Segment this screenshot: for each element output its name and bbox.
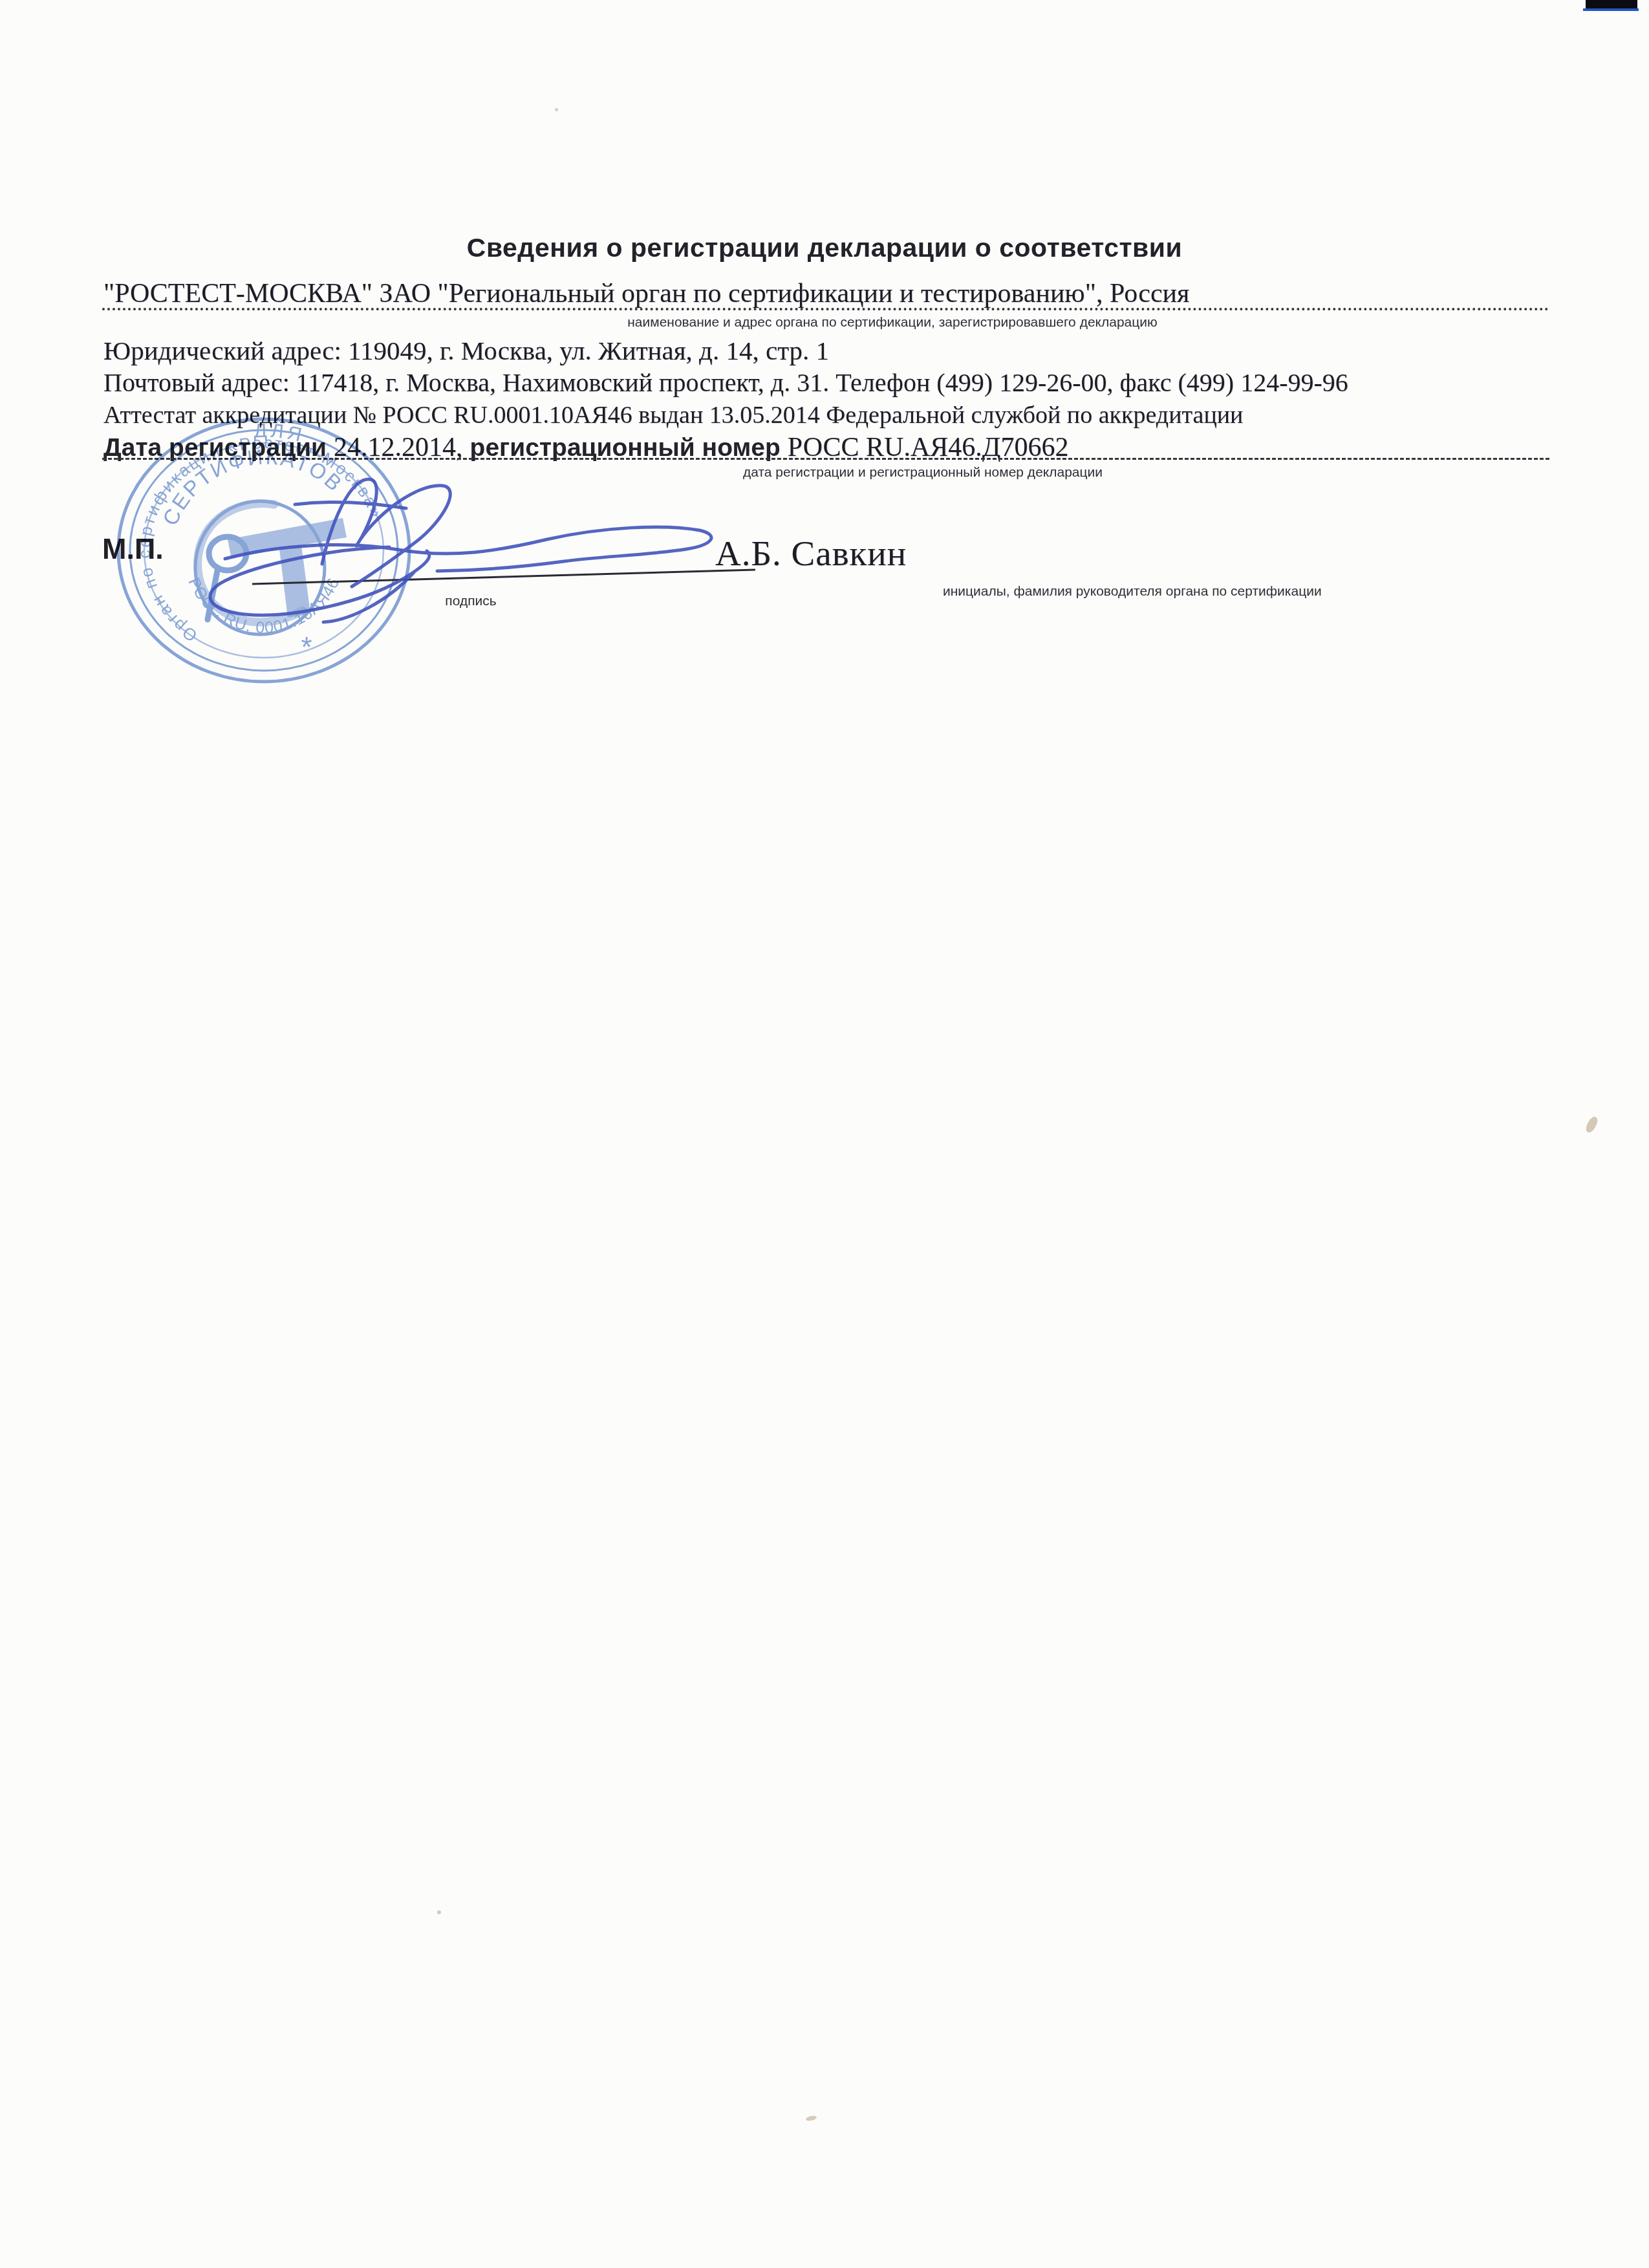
registration-caption: дата регистрации и регистрационный номер…: [742, 465, 1104, 481]
scan-speck-right: [1584, 1115, 1600, 1134]
rst-logo-p-stem: [208, 568, 218, 620]
head-name: А.Б. Савкин: [715, 533, 907, 574]
signature-stroke-loops: [322, 479, 450, 587]
rst-logo-swash: [198, 504, 303, 622]
scan-speck-top: [555, 108, 558, 111]
rst-logo-t-block: [228, 518, 347, 618]
scan-speck-bottom-left: [437, 1910, 441, 1914]
org-name-line: "РОСТЕСТ-МОСКВА" ЗАО "Региональный орган…: [103, 278, 1189, 309]
mp-seal-label: М.П.: [102, 532, 164, 566]
stamp-ross-number-text: РОСС RU. 0001.10АЯ46: [184, 575, 343, 637]
legal-address-line: Юридический адрес: 119049, г. Москва, ул…: [103, 335, 829, 366]
signature-stroke-tail: [323, 572, 414, 622]
scan-corner-blue-strip: [1583, 8, 1639, 11]
head-caption: инициалы, фамилия руководителя органа по…: [943, 584, 1331, 599]
stamp-ring-text: Орган по сертификации «Ростест-Москва»: [135, 433, 387, 646]
signature-stroke-sweep: [225, 527, 711, 571]
stamp-second-ring: [130, 430, 398, 671]
rst-logo-p-bowl: [209, 537, 246, 570]
org-caption: наименование и адрес органа по сертифика…: [608, 315, 1177, 330]
signature-stroke-left-loop: [210, 547, 429, 615]
scan-corner-mark: [1586, 0, 1637, 8]
scanned-declaration-page: Сведения о регистрации декларации о соот…: [0, 0, 1649, 2268]
rst-logo-circle: [195, 501, 325, 634]
scan-speck-bottom-center: [805, 2115, 817, 2121]
accreditation-line: Аттестат аккредитации № РОСС RU.0001.10А…: [103, 401, 1243, 429]
stamp-seam-star: *: [301, 632, 312, 664]
page-title: Сведения о регистрации декларации о соот…: [0, 233, 1649, 263]
dotted-rule-org: [102, 308, 1549, 310]
signature-line: [252, 570, 755, 584]
dotted-rule-registration: [102, 458, 1549, 460]
stamp-third-ring: [144, 443, 383, 658]
rst-logo: [195, 501, 347, 634]
postal-address-line: Почтовый адрес: 117418, г. Москва, Нахим…: [103, 367, 1348, 398]
signature-caption: подпись: [406, 594, 535, 609]
signature-stroke-bar: [295, 502, 406, 508]
